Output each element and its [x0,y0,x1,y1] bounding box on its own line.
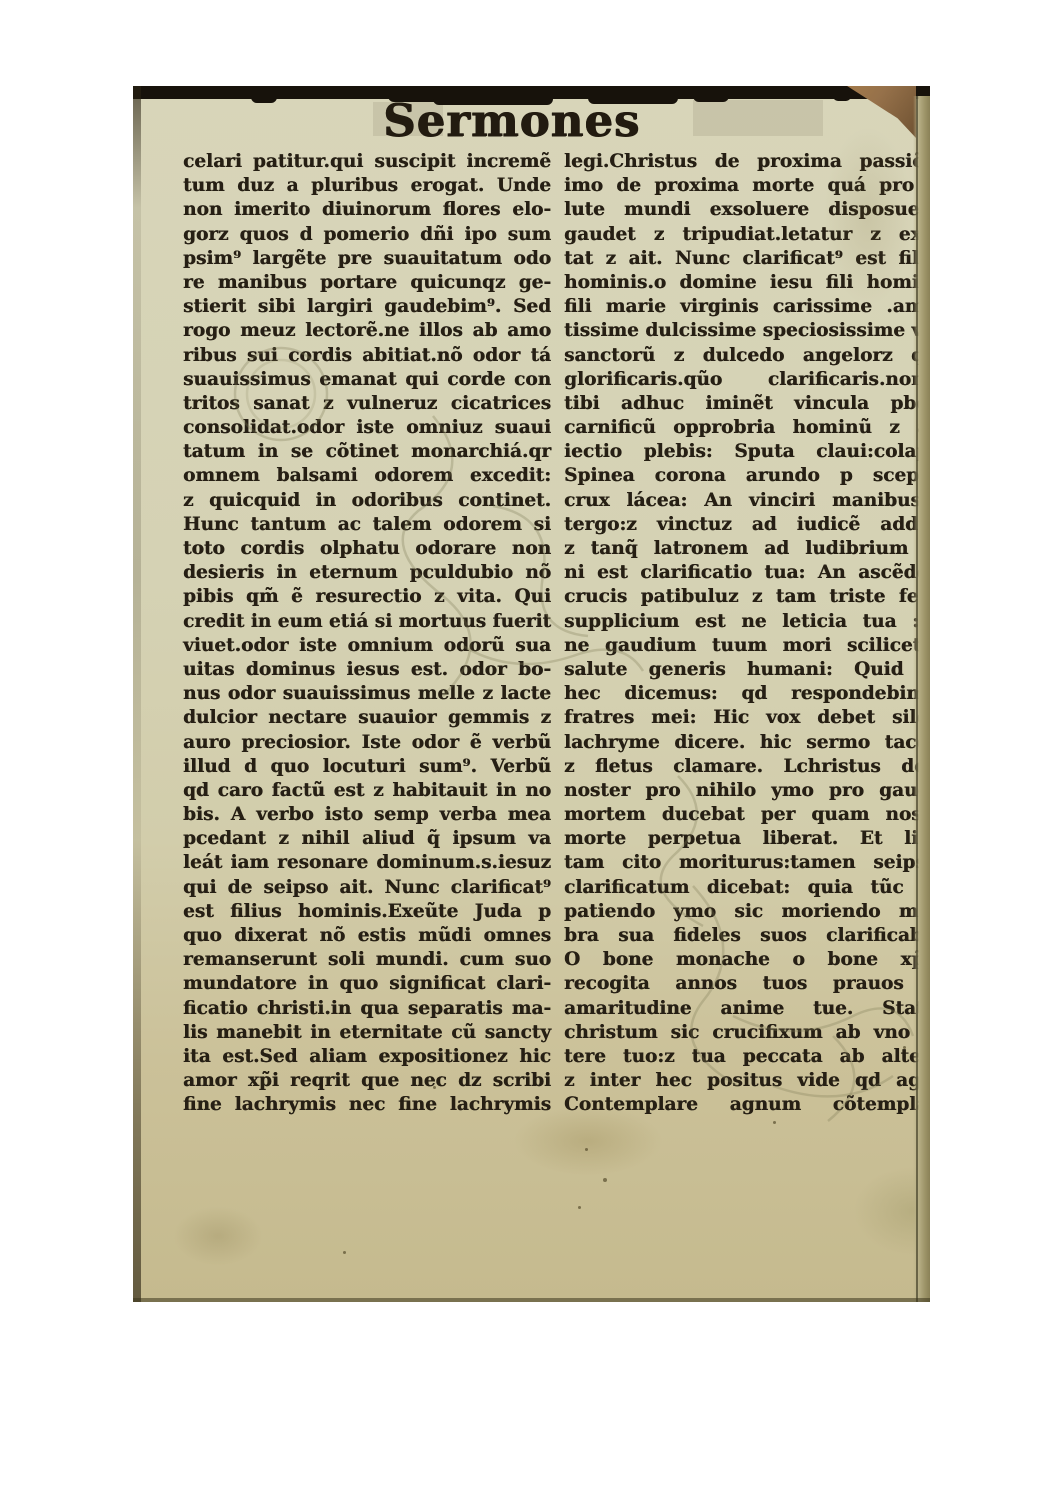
text-line: tissime dulcissime speciosissime vita [564,319,930,343]
text-line: celari patitur.qui suscipit incremẽ [183,150,551,174]
text-line: suauissimus emanat qui corde con [183,368,551,392]
text-line: ficatio christi.in qua separatis ma- [183,997,551,1021]
text-line: imo de proxima morte quá pro sa [564,174,930,198]
text-line: remanserunt soli mundi. cum suo [183,948,551,972]
page-edge-left [133,86,141,1302]
text-line: bra sua fideles suos clarificabat. [564,924,930,948]
text-line: O bone monache o bone xp̃ne [564,948,930,972]
text-line: legi.Christus de proxima passiõne [564,150,930,174]
speckle [585,1148,588,1151]
text-line: gaudet z tripudiat.letatur z exul- [564,223,930,247]
text-line: credit in eum etiá si mortuus fuerit [183,610,551,634]
text-line: morte perpetua liberat. Et licet [564,827,930,851]
text-line: Contemplare agnum cõtemplare [564,1093,930,1117]
speckle [903,1046,906,1049]
text-line: z tanq̃ latronem ad ludibrium po [564,537,930,561]
text-line: desieris in eternum pculdubio nõ [183,561,551,585]
text-line: amaritudine anime tue. Statue [564,997,930,1021]
page-edge-right [913,96,930,1302]
text-line: fratres mei: Hic vox debet silere [564,706,930,730]
text-line: stierit sibi largiri gaudebim⁹. Sed [183,295,551,319]
speckle [433,1086,436,1089]
text-line: ne gaudium tuum mori scilicet p [564,634,930,658]
text-line: sanctorũ z dulcedo angelorz qño [564,344,930,368]
text-line: mundatore in quo significat clari- [183,972,551,996]
text-line: rogo meuz lectorẽ.ne illos ab amo [183,319,551,343]
page-edge-bottom [133,1298,930,1302]
text-line: hec dicemus: qd respondebimus [564,682,930,706]
text-line: ribus sui cordis abitiat.nõ odor tá [183,344,551,368]
text-line: uitas dominus iesus est. odor bo- [183,658,551,682]
text-line: toto cordis olphatu odorare non [183,537,551,561]
text-line: tam cito moriturus:tamen seipsuz [564,851,930,875]
text-line: clarificatum dicebat: quia tũc sic [564,876,930,900]
text-line: pibis qm̃ ẽ resurectio z vita. Qui [183,585,551,609]
text-line: auro preciosior. Iste odor ẽ verbũ [183,731,551,755]
text-line: z fletus clamare. Lchristus deus [564,755,930,779]
text-line: z inter hec positus vide qd agas. [564,1069,930,1093]
speckle [343,1251,346,1254]
text-line: tere tuo:z tua peccata ab altero: [564,1045,930,1069]
text-line: dulcior nectare suauior gemmis z [183,706,551,730]
text-line: Spinea corona arundo p sceptro [564,464,930,488]
text-line: omnem balsami odorem excedit: [183,464,551,488]
text-line: Hunc tantum ac talem odorem si [183,513,551,537]
text-line: recogita annos tuos prauos in [564,972,930,996]
text-line: ita est.Sed aliam expositionez hic [183,1045,551,1069]
text-line: qd caro factũ est z habitauit in no [183,779,551,803]
text-line: illud d quo locuturi sum⁹. Verbũ [183,755,551,779]
text-line: carnificũ opprobria hominũ z ab- [564,416,930,440]
text-line: iectio plebis: Sputa claui:colaphi [564,440,930,464]
text-line: non imerito diuinorum flores elo- [183,198,551,222]
text-line: tat z ait. Nunc clarificat⁹ est filius [564,247,930,271]
text-line: psim⁹ largẽte pre suauitatum odo [183,247,551,271]
text-line: qui de seipso ait. Nunc clarificat⁹ [183,876,551,900]
text-line: salute generis humani: Quid ad [564,658,930,682]
text-column-right: legi.Christus de proxima passiõneimo de … [564,150,930,1118]
text-line: mortem ducebat per quam nos a [564,803,930,827]
text-line: crux lácea: An vinciri manibus a [564,489,930,513]
text-line: crucis patibuluz z tam triste ferre [564,585,930,609]
text-line: noster pro nihilo ymo pro gaudio [564,779,930,803]
text-line: nus odor suauissimus melle z lacte [183,682,551,706]
speckle [773,1121,776,1124]
text-line: tibi adhuc iminẽt vincula pbera [564,392,930,416]
speckle [603,1178,607,1182]
page-background: { "page": { "header": "Sermones", "colum… [0,0,1060,1500]
text-line: christum sic crucifixum ab vno la- [564,1021,930,1045]
page-edge-line [916,96,918,1302]
text-line: lute mundi exsoluere disposuerat [564,198,930,222]
text-line: est filius hominis.Exeũte Juda p [183,900,551,924]
text-line: tergo:z vinctuz ad iudicẽ adduci [564,513,930,537]
text-line: z quicquid in odoribus continet. [183,489,551,513]
book-page-scan: Sermones celari patitur.qui suscipit inc… [133,86,930,1302]
text-line: tum duz a pluribus erogat. Unde [183,174,551,198]
text-line: gorz quos d pomerio dñi ipo sum [183,223,551,247]
text-line: patiendo ymo sic moriendo mem [564,900,930,924]
text-line: ni est clarificatio tua: An ascẽdere [564,561,930,585]
text-line: bis. A verbo isto semp verba mea [183,803,551,827]
text-block: celari patitur.qui suscipit incremẽtum d… [183,150,903,1118]
text-line: leát iam resonare dominum.s.iesuz [183,851,551,875]
text-line: hominis.o domine iesu fili hominis [564,271,930,295]
text-line: fine lachrymis nec fine lachrymis [183,1093,551,1117]
text-line: tatum in se cõtinet monarchiá.qr [183,440,551,464]
text-line: tritos sanat z vulneruz cicatrices [183,392,551,416]
text-line: consolidat.odor iste omniuz suaui [183,416,551,440]
text-line: fili marie virginis carissime .aman [564,295,930,319]
text-line: quo dixerat nõ estis mũdi omnes [183,924,551,948]
text-column-left: celari patitur.qui suscipit incremẽtum d… [183,150,551,1118]
text-line: viuet.odor iste omnium odorũ sua [183,634,551,658]
gutter-shadow-band [133,86,930,99]
text-line: supplicium est ne leticia tua :est [564,610,930,634]
text-line: lis manebit in eternitate cũ sancty [183,1021,551,1045]
stain [173,1206,263,1266]
text-line: pcedant z nihil aliud q̃ ipsum va [183,827,551,851]
text-line: amor xp̃i reqrit que nec dz scribi [183,1069,551,1093]
text-line: re manibus portare quicunqz ge- [183,271,551,295]
text-line: lachryme dicere. hic sermo tacere [564,731,930,755]
speckle [253,616,255,618]
text-line: glorificaris.qũo clarificaris.nonne [564,368,930,392]
speckle [578,1206,581,1209]
